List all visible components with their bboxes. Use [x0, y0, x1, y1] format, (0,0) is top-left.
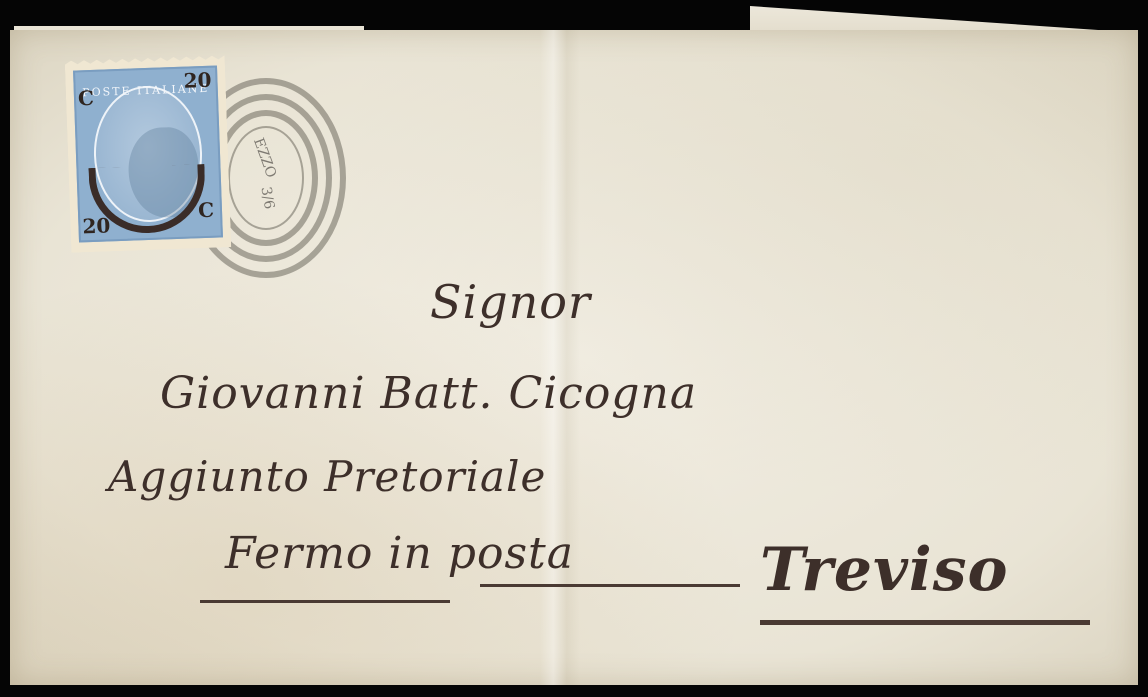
- surcharge-bottom-right: C: [198, 198, 215, 223]
- underline-in-posta: [480, 584, 740, 587]
- surcharge-bottom-left: 20: [82, 213, 111, 238]
- address-title: Aggiunto Pretoriale: [108, 452, 546, 501]
- postage-stamp: POSTE ITALIANE C 20 20 C: [65, 55, 232, 252]
- address-city: Treviso: [760, 535, 1009, 605]
- underline-fermo: [200, 600, 450, 603]
- underline-city: [760, 620, 1090, 625]
- surcharge-top-left: C: [78, 86, 95, 111]
- address-instruction: Fermo in posta: [225, 528, 574, 579]
- address-name: Giovanni Batt. Cicogna: [160, 368, 697, 419]
- surcharge-top-right: 20: [183, 68, 212, 93]
- address-salutation: Signor: [430, 275, 591, 329]
